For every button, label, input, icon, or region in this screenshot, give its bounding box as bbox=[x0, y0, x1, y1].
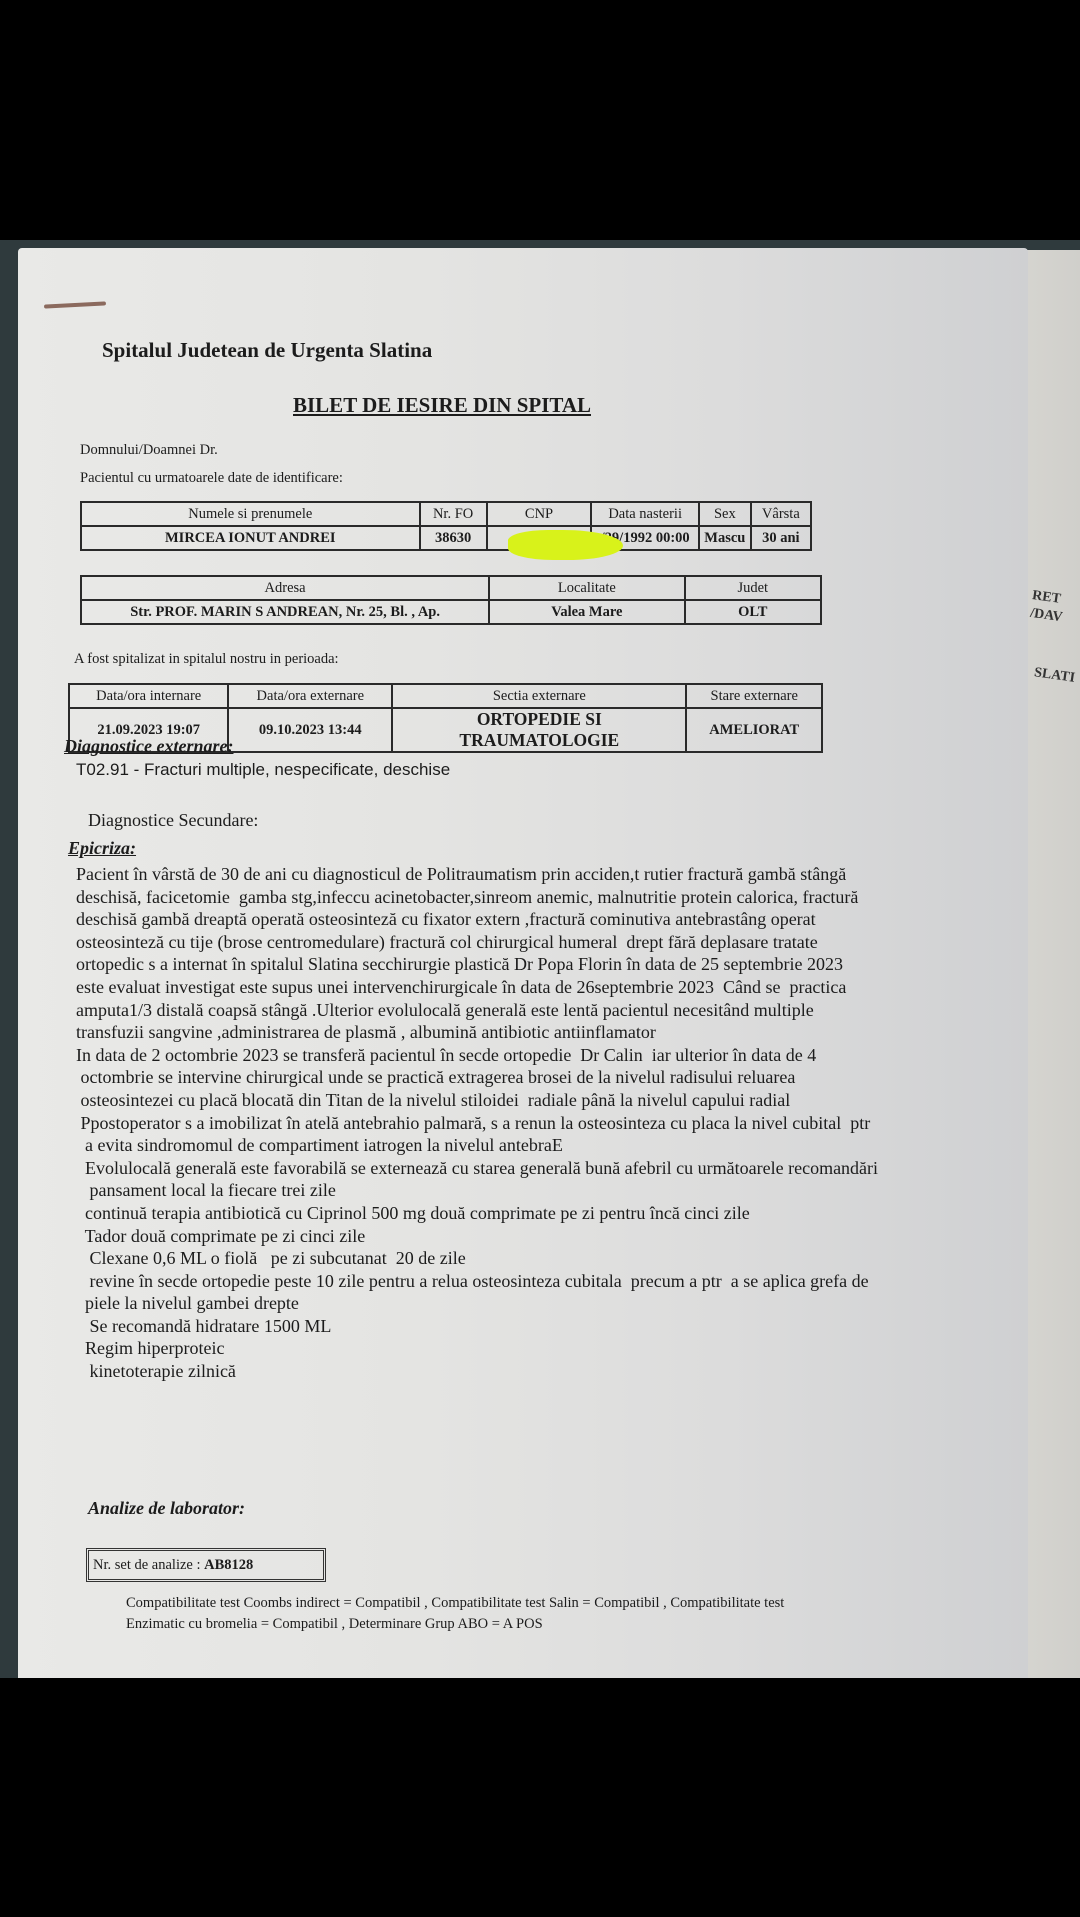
epicrisis-line: kinetoterapie zilnică bbox=[76, 1360, 1036, 1383]
epicrisis-line: osteosinteză cu tije (brose centromedula… bbox=[76, 931, 1036, 954]
header-cell: Nr. FO bbox=[420, 502, 487, 526]
age-value: 30 ani bbox=[751, 526, 811, 550]
epicrisis-line: In data de 2 octombrie 2023 se transferă… bbox=[76, 1044, 1036, 1067]
epicrisis-line: Se recomandă hidratare 1500 ML bbox=[76, 1315, 1036, 1338]
diagnosis-heading: Diagnostice externare: bbox=[64, 736, 233, 757]
header-cell: Numele si prenumele bbox=[81, 502, 420, 526]
lab-heading: Analize de laborator: bbox=[88, 1498, 245, 1519]
lab-set-box: Nr. set de analize : AB8128 bbox=[86, 1548, 326, 1582]
county-value: OLT bbox=[685, 600, 821, 624]
lab-set-label: Nr. set de analize : bbox=[93, 1557, 204, 1573]
discharge-datetime: 09.10.2023 13:44 bbox=[228, 708, 392, 752]
epicrisis-line: osteosintezei cu placă blocată din Titan… bbox=[76, 1089, 1036, 1112]
fo-number: 38630 bbox=[420, 526, 487, 550]
pen-mark bbox=[44, 301, 106, 308]
discharge-document: Spitalul Judetean de Urgenta Slatina BIL… bbox=[18, 248, 1028, 1678]
epicrisis-line: Tador două comprimate pe zi cinci zile bbox=[76, 1225, 1036, 1248]
sex-value: Mascu bbox=[699, 526, 751, 550]
epicrisis-line: ortopedic s a internat în spitalul Slati… bbox=[76, 953, 1036, 976]
table-header-row: Adresa Localitate Judet bbox=[81, 576, 821, 600]
epicrisis-line: Clexane 0,6 ML o fiolă pe zi subcutanat … bbox=[76, 1247, 1036, 1270]
header-cell: Data/ora externare bbox=[228, 684, 392, 708]
patient-name: MIRCEA IONUT ANDREI bbox=[81, 526, 420, 550]
background-text: RET bbox=[1031, 588, 1062, 608]
epicrisis-line: transfuzii sangvine ,administrarea de pl… bbox=[76, 1021, 1036, 1044]
address-value: Str. PROF. MARIN S ANDREAN, Nr. 25, Bl. … bbox=[81, 600, 489, 624]
lab-result-line: Enzimatic cu bromelia = Compatibil , Det… bbox=[126, 1614, 784, 1635]
header-cell: Adresa bbox=[81, 576, 489, 600]
header-cell: Sex bbox=[699, 502, 751, 526]
diagnosis-value: T02.91 - Fracturi multiple, nespecificat… bbox=[76, 760, 450, 780]
addressee-line: Domnului/Doamnei Dr. bbox=[80, 442, 218, 459]
epicrisis-line: revine în secde ortopedie peste 10 zile … bbox=[76, 1270, 1036, 1293]
epicrisis-line: octombrie se intervine chirurgical unde … bbox=[76, 1066, 1036, 1089]
table-header-row: Numele si prenumele Nr. FO CNP Data nast… bbox=[81, 502, 811, 526]
background-text: SLATI bbox=[1033, 665, 1076, 687]
address-table: Adresa Localitate Judet Str. PROF. MARIN… bbox=[80, 575, 822, 625]
epicrisis-heading: Epicriza: bbox=[68, 838, 136, 859]
epicrisis-line: Pacient în vârstă de 30 de ani cu diagno… bbox=[76, 863, 1036, 886]
epicrisis-line: amputa1/3 distală coapsă stângă .Ulterio… bbox=[76, 999, 1036, 1022]
header-cell: CNP bbox=[487, 502, 592, 526]
header-cell: Stare externare bbox=[686, 684, 822, 708]
header-cell: Data/ora internare bbox=[69, 684, 228, 708]
background-text: /DAV bbox=[1029, 606, 1063, 626]
epicrisis-line: a evita sindromomul de compartiment iatr… bbox=[76, 1134, 1036, 1157]
epicrisis-line: este evaluat investigat este supus unei … bbox=[76, 976, 1036, 999]
table-row: Str. PROF. MARIN S ANDREAN, Nr. 25, Bl. … bbox=[81, 600, 821, 624]
header-cell: Localitate bbox=[489, 576, 684, 600]
header-cell: Vârsta bbox=[751, 502, 811, 526]
patient-table: Numele si prenumele Nr. FO CNP Data nast… bbox=[80, 501, 812, 551]
discharge-department: ORTOPEDIE SI TRAUMATOLOGIE bbox=[392, 708, 686, 752]
locality-value: Valea Mare bbox=[489, 600, 684, 624]
epicrisis-line: Regim hiperproteic bbox=[76, 1337, 1036, 1360]
epicrisis-line: piele la nivelul gambei drepte bbox=[76, 1292, 1036, 1315]
header-cell: Data nasterii bbox=[591, 502, 699, 526]
header-cell: Sectia externare bbox=[392, 684, 686, 708]
epicrisis-line: deschisă gambă dreaptă operată osteosint… bbox=[76, 908, 1036, 931]
period-intro: A fost spitalizat in spitalul nostru in … bbox=[74, 651, 339, 668]
epicrisis-text: Pacient în vârstă de 30 de ani cu diagno… bbox=[76, 863, 1036, 1383]
table-row: MIRCEA IONUT ANDREI 38630 /29/1992 00:00… bbox=[81, 526, 811, 550]
document-title: BILET DE IESIRE DIN SPITAL bbox=[293, 393, 591, 418]
hospital-name: Spitalul Judetean de Urgenta Slatina bbox=[102, 338, 432, 363]
epicrisis-line: deschisă, facicetomie gamba stg,infeccu … bbox=[76, 886, 1036, 909]
lab-results: Compatibilitate test Coombs indirect = C… bbox=[126, 1593, 784, 1635]
discharge-status: AMELIORAT bbox=[686, 708, 822, 752]
epicrisis-line: Evolulocală generală este favorabilă se … bbox=[76, 1157, 1036, 1180]
secondary-diagnosis-heading: Diagnostice Secundare: bbox=[88, 810, 258, 831]
header-cell: Judet bbox=[685, 576, 821, 600]
table-header-row: Data/ora internare Data/ora externare Se… bbox=[69, 684, 822, 708]
patient-intro: Pacientul cu urmatoarele date de identif… bbox=[80, 470, 343, 487]
document-photo: RET /DAV SLATI Spitalul Judetean de Urge… bbox=[0, 240, 1080, 1678]
epicrisis-line: pansament local la fiecare trei zile bbox=[76, 1179, 1036, 1202]
epicrisis-line: Ppostoperator s a imobilizat în atelă an… bbox=[76, 1112, 1036, 1135]
lab-set-value: AB8128 bbox=[204, 1557, 253, 1573]
redaction-mark bbox=[508, 530, 623, 560]
lab-result-line: Compatibilitate test Coombs indirect = C… bbox=[126, 1593, 784, 1614]
epicrisis-line: continuă terapia antibiotică cu Ciprinol… bbox=[76, 1202, 1036, 1225]
